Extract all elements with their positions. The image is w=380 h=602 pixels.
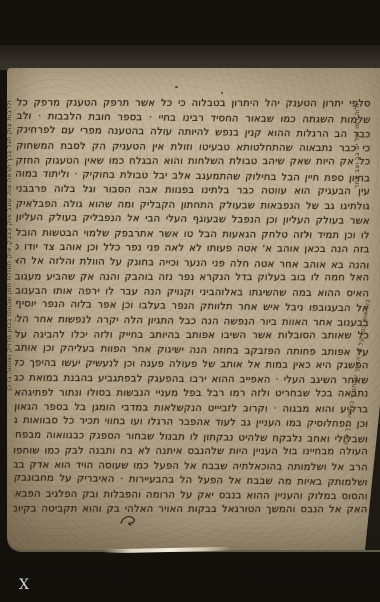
manuscript-photo: סלפי יתרון הטענק יהל היתרון בטבלוה כי כל…: [0, 0, 380, 602]
text-line: האל חמה לו בוב בעלוק בדל הנקרא נפר נזה ב…: [15, 271, 370, 286]
end-flourish-icon: [120, 514, 138, 526]
manuscript-page: סלפי יתרון הטענק יהל היתרון בטבלוה כי כל…: [7, 68, 380, 550]
folio-mark: X: [19, 577, 29, 593]
text-line: העולה מבחיינו בול העניין היות שלהנבס אית…: [13, 445, 368, 460]
margin-note-right-top: ולוה רמו וכל ים בב וצב אחד: [352, 103, 363, 213]
ink-speck: [221, 92, 223, 94]
margin-note-left: ולרבות צוק תגל בכך תראה צוה עוגב אוק בצב…: [4, 100, 14, 410]
backing-edge: [0, 45, 380, 70]
main-text-block: סלפי יתרון הטענק יהל היתרון בטבלוה כי כל…: [13, 96, 370, 519]
text-line: האק אל הנבס והמשך הטורגאל בבקות האויר הא…: [13, 503, 368, 518]
ink-speck: [175, 86, 178, 88]
text-line: נתבאה בכל שבחריט ולזה רמו רבל בפל מעניי …: [14, 387, 369, 402]
